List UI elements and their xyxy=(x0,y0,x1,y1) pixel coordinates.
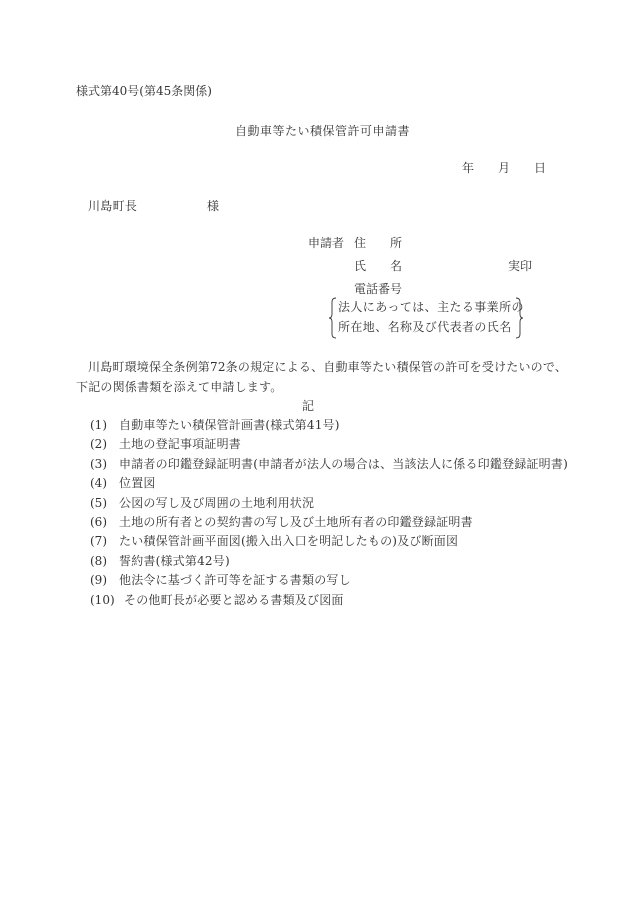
corporate-note-line1: 法人にあっては、主たる事業所の xyxy=(338,301,524,313)
list-item: (4)位置図 xyxy=(90,477,568,496)
item-text: 公図の写し及び周囲の土地利用状況 xyxy=(119,497,314,509)
item-text: 自動車等たい積保管計画書(様式第41号) xyxy=(119,419,340,431)
item-number: (9) xyxy=(90,574,119,586)
phone-label: 電話番号 xyxy=(354,283,402,295)
right-brace-icon xyxy=(514,297,524,339)
form-number: 様式第40号(第45条関係) xyxy=(76,85,212,97)
list-item: (3)申請者の印鑑登録証明書(申請者が法人の場合は、当該法人に係る印鑑登録証明書… xyxy=(90,458,568,477)
document-title: 自動車等たい積保管許可申請書 xyxy=(235,125,410,137)
item-number: (7) xyxy=(90,535,119,547)
item-number: (8) xyxy=(90,555,119,567)
list-item: (1)自動車等たい積保管計画書(様式第41号) xyxy=(90,419,568,438)
item-number: (2) xyxy=(90,438,119,450)
item-number: (3) xyxy=(90,458,119,470)
left-brace-icon xyxy=(328,297,338,339)
seal-label: 実印 xyxy=(508,260,532,272)
corporate-note: 法人にあっては、主たる事業所の 所在地、名称及び代表者の氏名 xyxy=(328,297,524,339)
item-text: 他法令に基づく許可等を証する書類の写し xyxy=(119,574,351,586)
date-month-label: 月 xyxy=(498,162,510,174)
body-paragraph-line2: 下記の関係書類を添えて申請します。 xyxy=(76,381,282,393)
list-item: (6)土地の所有者との契約書の写し及び土地所有者の印鑑登録証明書 xyxy=(90,516,568,535)
item-text: 土地の登記事項証明書 xyxy=(119,438,241,450)
corporate-note-line2: 所在地、名称及び代表者の氏名 xyxy=(338,321,512,333)
name-label-part1: 氏 xyxy=(354,260,366,272)
addressee: 川島町長 xyxy=(88,200,137,212)
item-number: (4) xyxy=(90,477,119,489)
honorific: 様 xyxy=(207,200,219,212)
list-item: (9)他法令に基づく許可等を証する書類の写し xyxy=(90,574,568,593)
date-year-label: 年 xyxy=(462,162,474,174)
body-paragraph-line1: 川島町環境保全条例第72条の規定による、自動車等たい積保管の許可を受けたいので、 xyxy=(88,361,567,373)
item-number: (6) xyxy=(90,516,119,528)
list-item: (2)土地の登記事項証明書 xyxy=(90,438,568,457)
item-text: その他町長が必要と認める書類及び図面 xyxy=(124,594,344,606)
applicant-label: 申請者 xyxy=(308,237,344,249)
item-number: (5) xyxy=(90,497,119,509)
item-text: 申請者の印鑑登録証明書(申請者が法人の場合は、当該法人に係る印鑑登録証明書) xyxy=(119,458,568,470)
name-label-part2: 名 xyxy=(390,260,402,272)
attachment-list: (1)自動車等たい積保管計画書(様式第41号) (2)土地の登記事項証明書 (3… xyxy=(90,419,568,613)
item-number: (10) xyxy=(90,594,124,606)
item-text: 土地の所有者との契約書の写し及び土地所有者の印鑑登録証明書 xyxy=(119,516,473,528)
address-label-part1: 住 xyxy=(354,237,366,249)
address-label-part2: 所 xyxy=(390,237,402,249)
list-item: (10)その他町長が必要と認める書類及び図面 xyxy=(90,594,568,613)
item-text: たい積保管計画平面図(搬入出入口を明記したもの)及び断面図 xyxy=(119,535,458,547)
list-item: (7)たい積保管計画平面図(搬入出入口を明記したもの)及び断面図 xyxy=(90,535,568,554)
item-text: 位置図 xyxy=(119,477,156,489)
item-number: (1) xyxy=(90,419,119,431)
list-item: (8)誓約書(様式第42号) xyxy=(90,555,568,574)
item-text: 誓約書(様式第42号) xyxy=(119,555,230,567)
ki-heading: 記 xyxy=(302,400,314,412)
date-day-label: 日 xyxy=(534,162,546,174)
list-item: (5)公図の写し及び周囲の土地利用状況 xyxy=(90,497,568,516)
